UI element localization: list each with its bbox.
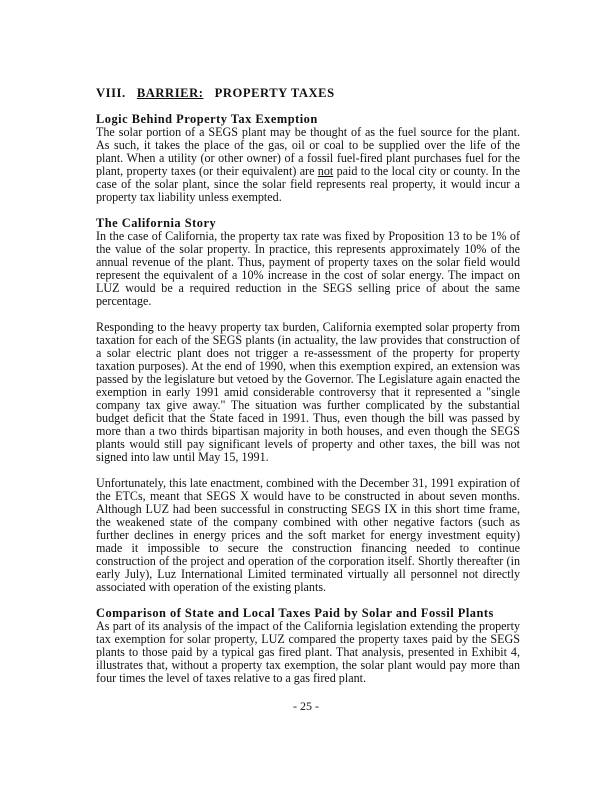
paragraph: The solar portion of a SEGS plant may be… <box>96 126 520 204</box>
paragraph: Responding to the heavy property tax bur… <box>96 321 520 464</box>
paragraph: In the case of California, the property … <box>96 230 520 308</box>
section-number: VIII. <box>96 86 126 100</box>
paragraph: Unfortunately, this late enactment, comb… <box>96 477 520 594</box>
page-number: - 25 - <box>0 699 612 714</box>
section-heading: PROPERTY TAXES <box>215 86 335 100</box>
section-label: BARRIER: <box>137 86 204 100</box>
paragraph: As part of its analysis of the impact of… <box>96 620 520 685</box>
emphasis-not: not <box>318 164 333 178</box>
document-page: VIII. BARRIER: PROPERTY TAXES Logic Behi… <box>96 86 520 698</box>
section-title: VIII. BARRIER: PROPERTY TAXES <box>96 86 520 100</box>
